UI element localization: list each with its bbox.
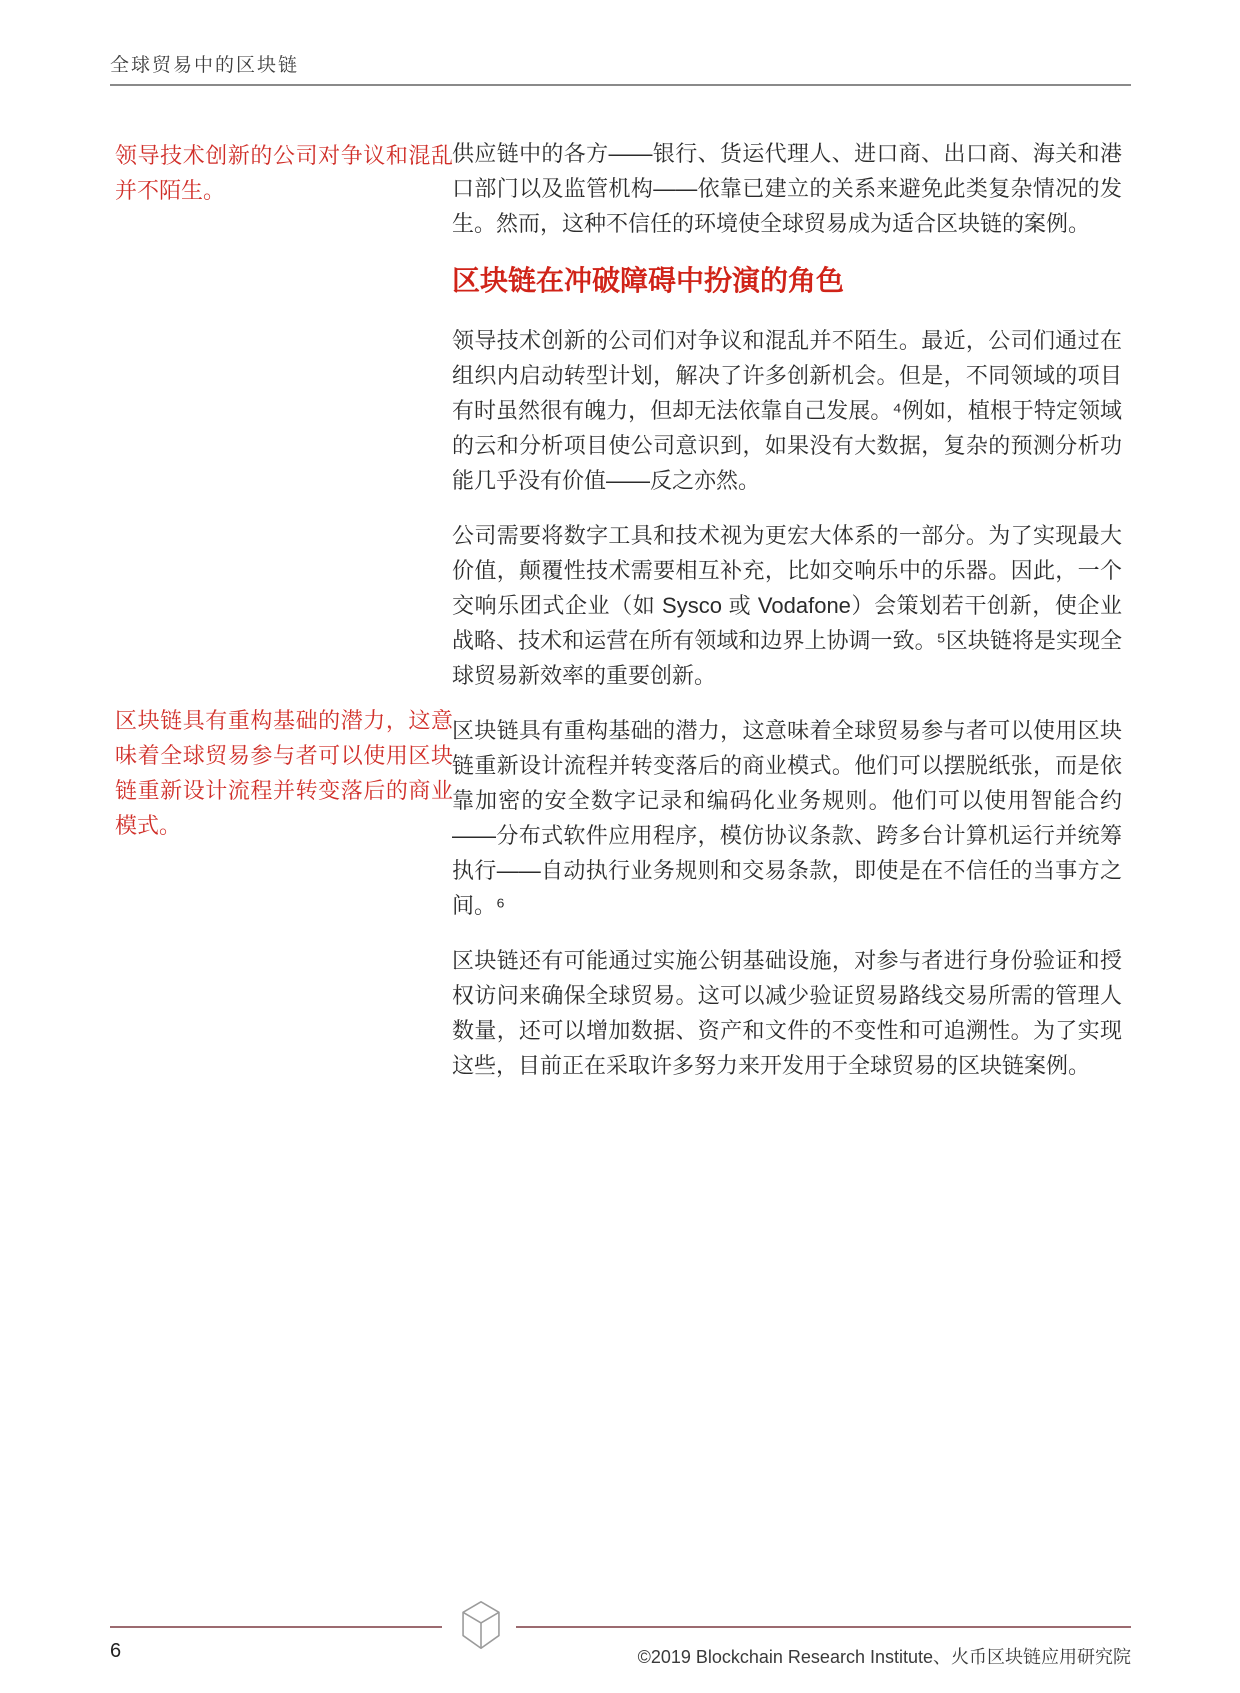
- page-title: 全球贸易中的区块链: [110, 50, 299, 77]
- margin-note: 区块链具有重构基础的潜力，这意味着全球贸易参与者可以使用区块链重新设计流程并转变…: [115, 703, 453, 843]
- section-heading: 区块链在冲破障碍中扮演的角色: [452, 261, 1122, 301]
- body-paragraph: 区块链具有重构基础的潜力，这意味着全球贸易参与者可以使用区块链重新设计流程并转变…: [452, 713, 1122, 923]
- copyright-text: ©2019 Blockchain Research Institute、火币区块…: [638, 1643, 1131, 1669]
- body-paragraph: 区块链还有可能通过实施公钥基础设施，对参与者进行身份验证和授权访问来确保全球贸易…: [452, 943, 1122, 1083]
- document-page: 全球贸易中的区块链 领导技术创新的公司对争议和混乱并不陌生。 区块链具有重构基础…: [0, 0, 1240, 1693]
- header-divider: [110, 84, 1131, 86]
- margin-note: 领导技术创新的公司对争议和混乱并不陌生。: [115, 138, 453, 208]
- body-paragraph: 公司需要将数字工具和技术视为更宏大体系的一部分。为了实现最大价值，颠覆性技术需要…: [452, 518, 1122, 693]
- footer-divider-right: [516, 1626, 1131, 1628]
- cube-icon: [462, 1600, 500, 1650]
- intro-paragraph: 供应链中的各方——银行、货运代理人、进口商、出口商、海关和港口部门以及监管机构—…: [452, 136, 1122, 241]
- page-number: 6: [110, 1640, 121, 1663]
- footer-divider-left: [110, 1626, 442, 1628]
- body-paragraph: 领导技术创新的公司们对争议和混乱并不陌生。最近，公司们通过在组织内启动转型计划，…: [452, 323, 1122, 498]
- main-text-column: 供应链中的各方——银行、货运代理人、进口商、出口商、海关和港口部门以及监管机构—…: [452, 136, 1122, 1103]
